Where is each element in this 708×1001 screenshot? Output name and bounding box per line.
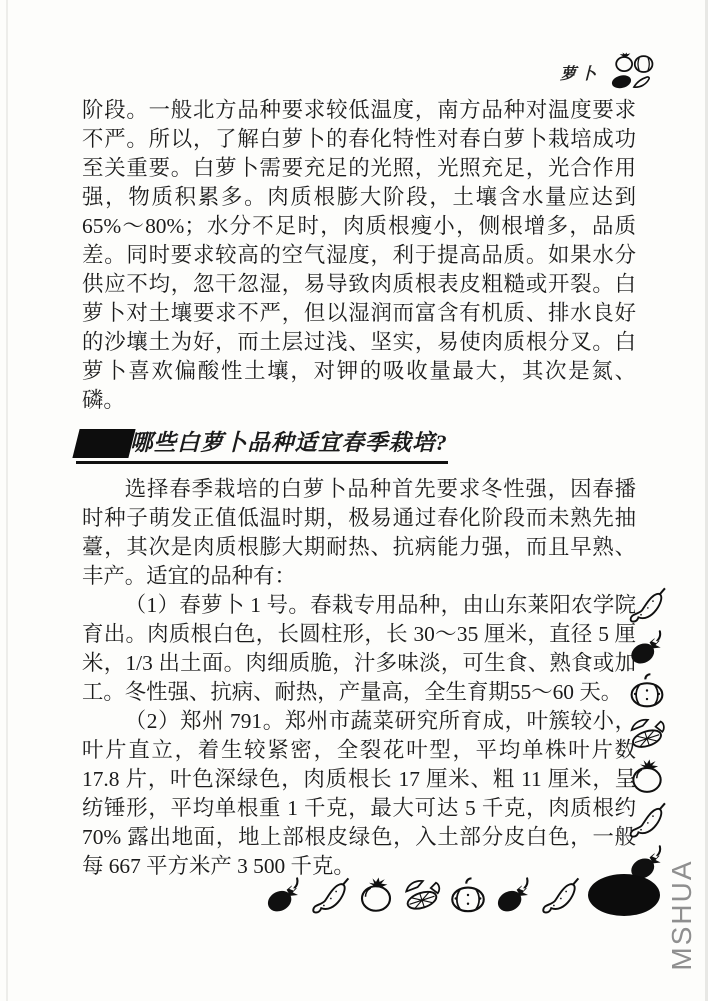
corn-icon [400, 874, 444, 916]
vegetable-cluster-icon [610, 52, 656, 92]
cucumber-icon [538, 874, 582, 916]
section-heading-text: 哪些白萝卜品种适宜春季栽培? [124, 428, 448, 458]
cucumber-icon [626, 584, 668, 625]
watermark: MSHUA [664, 855, 700, 975]
section-heading: 哪些白萝卜品种适宜春季栽培? [76, 428, 448, 464]
cucumber-icon [626, 799, 668, 840]
pumpkin-icon [446, 874, 490, 916]
corn-icon [626, 713, 668, 754]
tomato-icon [354, 874, 398, 916]
running-title: 萝卜 [560, 61, 600, 84]
pumpkin-icon [626, 670, 668, 711]
cucumber-icon [308, 874, 352, 916]
right-margin-icons [624, 584, 670, 883]
eggplant-icon [492, 874, 536, 916]
heading-block-mark [72, 429, 135, 458]
variety-paragraph-2: （2）郑州 791。郑州市蔬菜研究所育成，叶簇较小，叶片直立，着生较紧密，全裂花… [82, 707, 636, 881]
scan-edge-left [6, 0, 8, 1001]
eggplant-icon [262, 874, 306, 916]
black-ellipse-icon [586, 872, 662, 918]
page-text: 阶段。一般北方品种要求较低温度，南方品种对温度要求不严。所以，了解白萝卜的春化特… [82, 96, 636, 881]
variety-paragraph-1: （1）春萝卜 1 号。春栽专用品种，由山东莱阳农学院育出。肉质根白色，长圆柱形，… [82, 591, 636, 707]
bottom-icons [262, 874, 582, 916]
section-paragraph: 选择春季栽培的白萝卜品种首先要求冬性强，因春播时种子萌发正值低温时期，极易通过春… [82, 475, 636, 591]
bottom-decoration-row [262, 872, 662, 918]
intro-paragraph: 阶段。一般北方品种要求较低温度，南方品种对温度要求不严。所以，了解白萝卜的春化特… [82, 96, 636, 415]
eggplant-icon [626, 627, 668, 668]
tomato-icon [626, 756, 668, 797]
page-header: 萝卜 [560, 52, 670, 92]
